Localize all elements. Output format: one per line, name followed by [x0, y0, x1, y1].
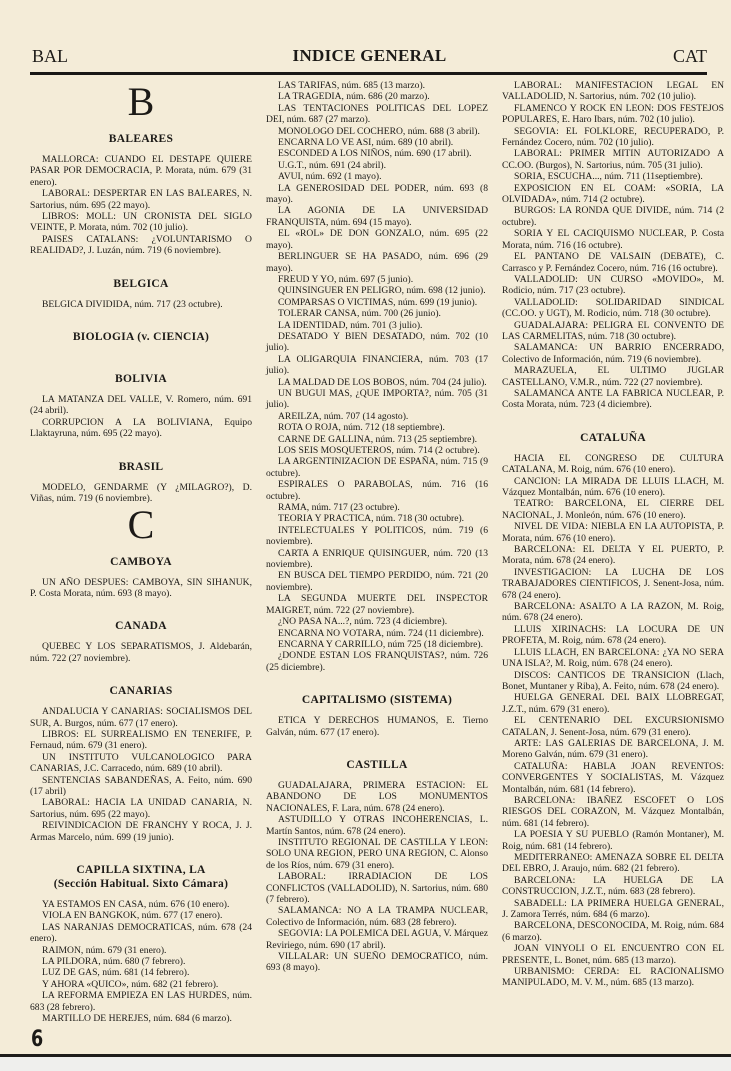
index-entry: LAS NARANJAS DEMOCRATICAS, núm. 678 (24 … — [30, 922, 252, 945]
index-entry: LABORAL: PRIMER MITIN AUTORIZADO A CC.OO… — [502, 148, 724, 171]
index-entry: LA SEGUNDA MUERTE DEL INSPECTOR MAIGRET,… — [266, 593, 488, 616]
index-entry: LA ARGENTINIZACION DE ESPAÑA, núm. 715 (… — [266, 456, 488, 479]
index-entry: LA POESIA Y SU PUEBLO (Ramón Montaner), … — [502, 829, 724, 852]
index-entry: INTELECTUALES Y POLITICOS, núm. 719 (6 n… — [266, 525, 488, 548]
index-entry: LABORAL: IRRADIACION DE LOS CONFLICTOS (… — [266, 871, 488, 905]
page-number: 6 — [31, 1027, 43, 1052]
index-entry: SEGOVIA: LA POLEMICA DEL AGUA, V. Márque… — [266, 928, 488, 951]
section-spacer — [502, 411, 724, 423]
section-heading: CAPITALISMO (SISTEMA) — [266, 693, 488, 707]
index-entry: CARNE DE GALLINA, núm. 713 (25 septiembr… — [266, 434, 488, 445]
section-subheading: (Sección Habitual. Sixto Cámara) — [30, 877, 252, 891]
index-entry: LA OLIGARQUIA FINANCIERA, núm. 703 (17 j… — [266, 354, 488, 377]
index-entry: LA GENEROSIDAD DEL PODER, núm. 693 (8 ma… — [266, 183, 488, 206]
index-entry: MEDITERRANEO: AMENAZA SOBRE EL DELTA DEL… — [502, 852, 724, 875]
index-entry: BARCELONA: IBAÑEZ ESCOFET O LOS RIESGOS … — [502, 795, 724, 829]
index-entry: BARCELONA: ASALTO A LA RAZON, M. Roig, n… — [502, 601, 724, 624]
index-entry: ESCONDED A LOS NIÑOS, núm. 690 (17 abril… — [266, 148, 488, 159]
index-entry: MONOLOGO DEL COCHERO, núm. 688 (3 abril)… — [266, 126, 488, 137]
index-entry: REIVINDICACION DE FRANCHY Y ROCA, J. J. … — [30, 820, 252, 843]
index-entry: SALAMANCA: UN BARRIO ENCERRADO, Colectiv… — [502, 342, 724, 365]
section-heading-text: BIOLOGIA (v. CIENCIA) — [73, 331, 209, 343]
index-entry: CANCION: LA MIRADA DE LLUIS LLACH, M. Vá… — [502, 476, 724, 499]
section-heading: CAPILLA SIXTINA, LA(Sección Habitual. Si… — [30, 863, 252, 891]
index-entry: AVUI, núm. 692 (1 mayo). — [266, 171, 488, 182]
index-entry: GUADALAJARA: PELIGRA EL CONVENTO DE LAS … — [502, 320, 724, 343]
index-entry: AREILZA, núm. 707 (14 agosto). — [266, 411, 488, 422]
index-entry: GUADALAJARA, PRIMERA ESTACION: EL ABANDO… — [266, 780, 488, 814]
column-2: LAS TARIFAS, núm. 685 (13 marzo).LA TRAG… — [266, 80, 488, 1040]
section-spacer — [30, 664, 252, 676]
section-heading: CASTILLA — [266, 758, 488, 772]
index-entry: LIBROS: MOLL: UN CRONISTA DEL SIGLO VEIN… — [30, 211, 252, 234]
alphabet-letter: C — [30, 505, 252, 545]
index-entry: LLUIS XIRINACHS: LA LOCURA DE UN PROFETA… — [502, 624, 724, 647]
index-entry: LA TRAGEDIA, núm. 686 (20 marzo). — [266, 91, 488, 102]
section-heading-text: BOLIVIA — [115, 373, 167, 385]
index-entry: ANDALUCIA Y CANARIAS: SOCIALISMOS DEL SU… — [30, 706, 252, 729]
section-spacer — [30, 843, 252, 855]
index-entry: EL «ROL» DE DON GONZALO, núm. 695 (22 ma… — [266, 228, 488, 251]
index-entry: ENCARNA NO VOTARA, núm. 724 (11 diciembr… — [266, 628, 488, 639]
section-heading: BALEARES — [30, 132, 252, 146]
index-entry: NIVEL DE VIDA: NIEBLA EN LA AUTOPISTA, P… — [502, 521, 724, 544]
header-rule — [30, 72, 707, 75]
index-entry: QUINSINGUER EN PELIGRO, núm. 698 (12 jun… — [266, 285, 488, 296]
header-range-end: CAT — [673, 46, 707, 67]
index-entry: RAIMON, núm. 679 (31 enero). — [30, 945, 252, 956]
index-entry: UN INSTITUTO VULCANOLOGICO PARA CANARIAS… — [30, 752, 252, 775]
index-entry: TOLERAR CANSA, núm. 700 (26 junio). — [266, 308, 488, 319]
index-entry: BARCELONA: EL DELTA Y EL PUERTO, P. Mora… — [502, 544, 724, 567]
section-heading: CAMBOYA — [30, 555, 252, 569]
index-entry: EL PANTANO DE VALSAIN (DEBATE), C. Carra… — [502, 251, 724, 274]
index-entry: LA IDENTIDAD, núm. 701 (3 julio). — [266, 320, 488, 331]
index-entry: ¿DONDE ESTAN LOS FRANQUISTAS?, núm. 726 … — [266, 650, 488, 673]
index-columns: BBALEARESMALLORCA: CUANDO EL DESTAPE QUI… — [30, 80, 707, 1040]
index-entry: SENTENCIAS SABANDEÑAS, A. Feito, núm. 69… — [30, 775, 252, 798]
index-entry: URBANISMO: CERDA: EL RACIONALISMO MANIPU… — [502, 966, 724, 989]
index-entry: TEORIA Y PRACTICA, núm. 718 (30 octubre)… — [266, 513, 488, 524]
section-spacer — [266, 738, 488, 750]
section-heading: CANADA — [30, 619, 252, 633]
section-heading-text: CASTILLA — [346, 759, 407, 771]
index-entry: SABADELL: LA PRIMERA HUELGA GENERAL, J. … — [502, 898, 724, 921]
index-entry: EL CENTENARIO DEL EXCURSIONISMO CATALAN,… — [502, 715, 724, 738]
section-heading-text: BELGICA — [113, 278, 168, 290]
index-entry: SORIA Y EL CACIQUISMO NUCLEAR, P. Costa … — [502, 228, 724, 251]
section-spacer — [30, 310, 252, 322]
index-entry: LA MALDAD DE LOS BOBOS, núm. 704 (24 jul… — [266, 377, 488, 388]
section-heading: CANARIAS — [30, 684, 252, 698]
index-entry: UN BUGUI MAS, ¿QUE IMPORTA?, núm. 705 (3… — [266, 388, 488, 411]
index-entry: Y AHORA «QUICO», núm. 682 (21 febrero). — [30, 979, 252, 990]
section-heading-text: CAPITALISMO (SISTEMA) — [302, 694, 452, 706]
section-heading: BOLIVIA — [30, 372, 252, 386]
index-entry: BERLINGUER SE HA PASADO, núm. 696 (29 ma… — [266, 251, 488, 274]
section-heading: BELGICA — [30, 277, 252, 291]
index-entry: LUZ DE GAS, núm. 681 (14 febrero). — [30, 967, 252, 978]
column-1: BBALEARESMALLORCA: CUANDO EL DESTAPE QUI… — [30, 80, 252, 1040]
index-entry: BARCELONA: LA HUELGA DE LA CONSTRUCCION,… — [502, 875, 724, 898]
index-entry: LA AGONIA DE LA UNIVERSIDAD FRANQUISTA, … — [266, 205, 488, 228]
section-heading-text: CATALUÑA — [580, 432, 646, 444]
index-entry: ARTE: LAS GALERIAS DE BARCELONA, J. M. M… — [502, 738, 724, 761]
index-entry: ENCARNA Y CARRILLO, núm 725 (18 diciembr… — [266, 639, 488, 650]
index-entry: LIBROS: EL SURREALISMO EN TENERIFE, P. F… — [30, 729, 252, 752]
index-entry: LAS TENTACIONES POLITICAS DEL LOPEZ DEI,… — [266, 103, 488, 126]
running-head: BAL INDICE GENERAL CAT — [32, 44, 707, 72]
index-entry: CORRUPCION A LA BOLIVIANA, Equipo Llakta… — [30, 417, 252, 440]
index-entry: EXPOSICION EN EL COAM: «SORIA, LA OLVIDA… — [502, 183, 724, 206]
index-entry: CARTA A ENRIQUE QUISINGUER, núm. 720 (13… — [266, 548, 488, 571]
section-spacer — [30, 257, 252, 269]
page-title: INDICE GENERAL — [32, 46, 707, 66]
index-entry: FREUD Y YO, núm. 697 (5 junio). — [266, 274, 488, 285]
index-entry: HUELGA GENERAL DEL BAIX LLOBREGAT, J.Z.T… — [502, 692, 724, 715]
section-heading-text: CAMBOYA — [110, 556, 172, 568]
index-entry: PAISES CATALANS: ¿VOLUNTARISMO O REALIDA… — [30, 234, 252, 257]
index-entry: LA REFORMA EMPIEZA EN LAS HURDES, núm. 6… — [30, 990, 252, 1013]
index-entry: HACIA EL CONGRESO DE CULTURA CATALANA, M… — [502, 453, 724, 476]
section-heading-text: CAPILLA SIXTINA, LA — [76, 864, 205, 876]
index-entry: YA ESTAMOS EN CASA, núm. 676 (10 enero). — [30, 899, 252, 910]
index-entry: DESATADO Y BIEN DESATADO, núm. 702 (10 j… — [266, 331, 488, 354]
index-entry: BARCELONA, DESCONOCIDA, M. Roig, núm. 68… — [502, 920, 724, 943]
index-entry: JOAN VINYOLI O EL ENCUENTRO CON EL PRESE… — [502, 943, 724, 966]
index-entry: LA MATANZA DEL VALLE, V. Romero, núm. 69… — [30, 394, 252, 417]
index-entry: U.G.T., núm. 691 (24 abril). — [266, 160, 488, 171]
index-entry: QUEBEC Y LOS SEPARATISMOS, J. Aldebarán,… — [30, 641, 252, 664]
index-entry: SEGOVIA: EL FOLKLORE, RECUPERADO, P. Fer… — [502, 126, 724, 149]
index-entry: SORIA, ESCUCHA..., núm. 711 (11septiembr… — [502, 171, 724, 182]
index-entry: INVESTIGACION: LA LUCHA DE LOS TRABAJADO… — [502, 567, 724, 601]
alphabet-letter: B — [30, 82, 252, 122]
index-entry: UN AÑO DESPUES: CAMBOYA, SIN SIHANUK, P.… — [30, 577, 252, 600]
index-entry: LABORAL: HACIA LA UNIDAD CANARIA, N. Sar… — [30, 797, 252, 820]
index-entry: ¿NO PASA NA...?, núm. 723 (4 diciembre). — [266, 616, 488, 627]
index-entry: VILLALAR: UN SUEÑO DEMOCRATICO, núm. 693… — [266, 951, 488, 974]
index-entry: MARTILLO DE HEREJES, núm. 684 (6 marzo). — [30, 1013, 252, 1024]
index-page: BAL INDICE GENERAL CAT BBALEARESMALLORCA… — [0, 0, 731, 1057]
index-entry: LABORAL: DESPERTAR EN LAS BALEARES, N. S… — [30, 188, 252, 211]
index-entry: ESPIRALES O PARABOLAS, núm. 716 (16 octu… — [266, 479, 488, 502]
section-heading-text: BRASIL — [119, 461, 164, 473]
index-entry: COMPARSAS O VICTIMAS, núm. 699 (19 junio… — [266, 297, 488, 308]
section-spacer — [30, 440, 252, 452]
index-entry: RAMA, núm. 717 (23 octubre). — [266, 502, 488, 513]
index-entry: LA PILDORA, núm. 680 (7 febrero). — [30, 956, 252, 967]
section-heading: BRASIL — [30, 460, 252, 474]
index-entry: FLAMENCO Y ROCK EN LEON: DOS FESTEJOS PO… — [502, 103, 724, 126]
index-entry: SALAMANCA: NO A LA TRAMPA NUCLEAR, Colec… — [266, 905, 488, 928]
section-spacer — [30, 599, 252, 611]
index-entry: DISCOS: CANTICOS DE TRANSICION (Llach, B… — [502, 670, 724, 693]
section-heading: BIOLOGIA (v. CIENCIA) — [30, 330, 252, 344]
section-heading: CATALUÑA — [502, 431, 724, 445]
index-entry: TEATRO: BARCELONA, EL CIERRE DEL NACIONA… — [502, 498, 724, 521]
section-heading-text: CANARIAS — [109, 685, 172, 697]
index-entry: MARAZUELA, EL ULTIMO JUGLAR CASTELLANO, … — [502, 365, 724, 388]
index-entry: VIOLA EN BANGKOK, núm. 677 (17 enero). — [30, 910, 252, 921]
index-entry: LABORAL: MANIFESTACION LEGAL EN VALLADOL… — [502, 80, 724, 103]
index-entry: SALAMANCA ANTE LA FABRICA NUCLEAR, P. Co… — [502, 388, 724, 411]
index-entry: INSTITUTO REGIONAL DE CASTILLA Y LEON: S… — [266, 837, 488, 871]
index-entry: ETICA Y DERECHOS HUMANOS, E. Tierno Galv… — [266, 715, 488, 738]
index-entry: VALLADOLID: UN CURSO «MOVIDO», M. Rodici… — [502, 274, 724, 297]
index-entry: VALLADOLID: SOLIDARIDAD SINDICAL (CC.OO.… — [502, 297, 724, 320]
index-entry: ENCARNA LO VE ASI, núm. 689 (10 abril). — [266, 137, 488, 148]
section-spacer — [30, 352, 252, 364]
index-entry: BURGOS: LA RONDA QUE DIVIDE, núm. 714 (2… — [502, 205, 724, 228]
index-entry: EN BUSCA DEL TIEMPO PERDIDO, núm. 721 (2… — [266, 570, 488, 593]
index-entry: ROTA O ROJA, núm. 712 (18 septiembre). — [266, 422, 488, 433]
section-heading-text: BALEARES — [109, 133, 173, 145]
index-entry: LOS SEIS MOSQUETEROS, núm. 714 (2 octubr… — [266, 445, 488, 456]
index-entry: ASTUDILLO Y OTRAS INCOHERENCIAS, L. Mart… — [266, 814, 488, 837]
section-spacer — [266, 673, 488, 685]
section-heading-text: CANADA — [115, 620, 167, 632]
index-entry: LLUIS LLACH, EN BARCELONA: ¿YA NO SERA U… — [502, 647, 724, 670]
index-entry: CATALUÑA: HABLA JOAN REVENTOS: CONVERGEN… — [502, 761, 724, 795]
index-entry: BELGICA DIVIDIDA, núm. 717 (23 octubre). — [30, 299, 252, 310]
index-entry: MALLORCA: CUANDO EL DESTAPE QUIERE PASAR… — [30, 154, 252, 188]
column-3: LABORAL: MANIFESTACION LEGAL EN VALLADOL… — [502, 80, 724, 1040]
index-entry: LAS TARIFAS, núm. 685 (13 marzo). — [266, 80, 488, 91]
